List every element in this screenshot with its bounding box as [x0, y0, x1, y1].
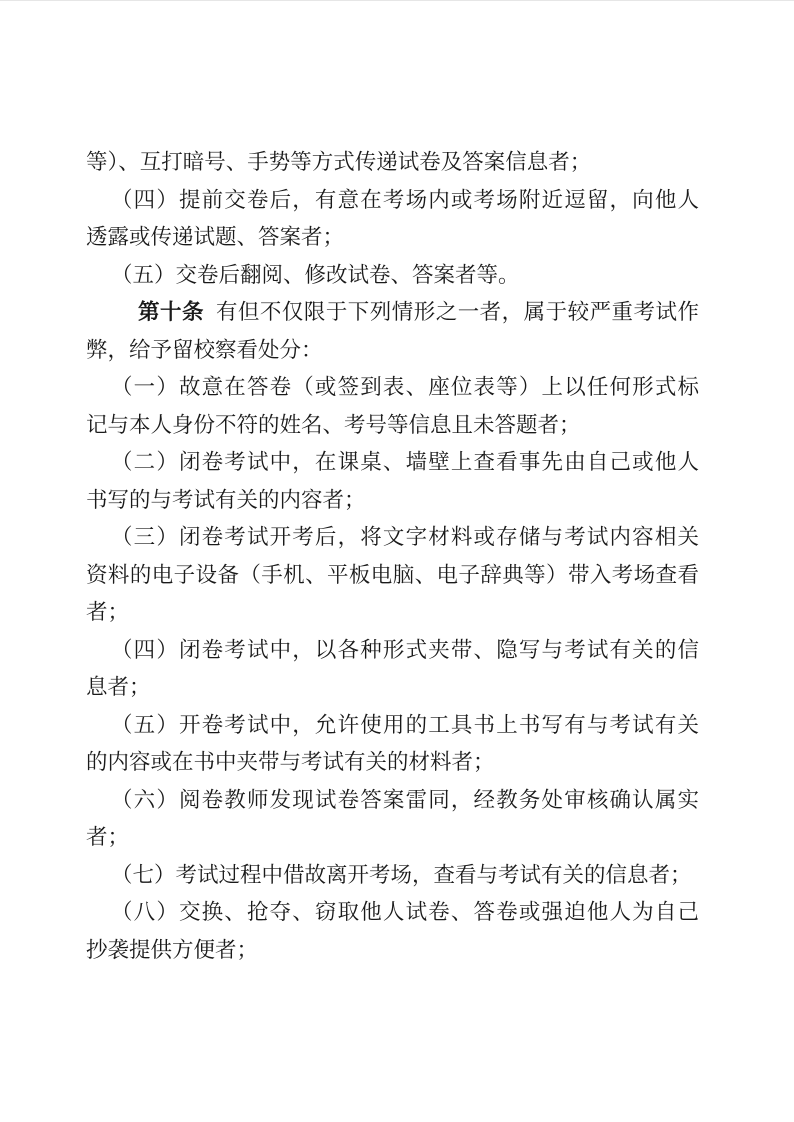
document-text-block: 等）、互打暗号、手势等方式传递试卷及答案信息者； （四）提前交卷后，有意在考场内…	[86, 144, 699, 969]
text-line: 的内容或在书中夹带与考试有关的材料者；	[86, 744, 699, 782]
text-line: （二）闭卷考试中，在课桌、墙壁上查看事先由自己或他人	[86, 444, 699, 482]
text-line: （三）闭卷考试开考后，将文字材料或存储与考试内容相关	[86, 519, 699, 557]
text-line: 第十条有但不仅限于下列情形之一者，属于较严重考试作	[86, 294, 699, 332]
paragraph: （三）闭卷考试开考后，将文字材料或存储与考试内容相关 资料的电子设备（手机、平板…	[86, 519, 699, 632]
document-page: { "page": { "background_color": "#ffffff…	[0, 0, 794, 1122]
text-line: （四）提前交卷后，有意在考场内或考场附近逗留，向他人	[86, 182, 699, 220]
text-line: （八）交换、抢夺、窃取他人试卷、答卷或强迫他人为自己	[86, 894, 699, 932]
text-line: （七）考试过程中借故离开考场，查看与考试有关的信息者；	[86, 857, 699, 895]
text-line: 息者；	[86, 669, 699, 707]
paragraph-article: 第十条有但不仅限于下列情形之一者，属于较严重考试作 弊，给予留校察看处分：	[86, 294, 699, 369]
article-text: 有但不仅限于下列情形之一者，属于较严重考试作	[216, 300, 699, 325]
text-line: 等）、互打暗号、手势等方式传递试卷及答案信息者；	[86, 144, 699, 182]
text-line: （四）闭卷考试中，以各种形式夹带、隐写与考试有关的信	[86, 632, 699, 670]
text-line: 记与本人身份不符的姓名、考号等信息且未答题者；	[86, 407, 699, 445]
paragraph: （七）考试过程中借故离开考场，查看与考试有关的信息者；	[86, 857, 699, 895]
text-line: 者；	[86, 594, 699, 632]
paragraph: （八）交换、抢夺、窃取他人试卷、答卷或强迫他人为自己 抄袭提供方便者；	[86, 894, 699, 969]
text-line: （一）故意在答卷（或签到表、座位表等）上以任何形式标	[86, 369, 699, 407]
text-line: （五）开卷考试中，允许使用的工具书上书写有与考试有关	[86, 707, 699, 745]
paragraph: 等）、互打暗号、手势等方式传递试卷及答案信息者；	[86, 144, 699, 182]
paragraph: （五）交卷后翻阅、修改试卷、答案者等。	[86, 257, 699, 295]
paragraph: （四）闭卷考试中，以各种形式夹带、隐写与考试有关的信 息者；	[86, 632, 699, 707]
article-number: 第十条	[138, 300, 204, 325]
text-line: （五）交卷后翻阅、修改试卷、答案者等。	[86, 257, 699, 295]
text-line: 透露或传递试题、答案者；	[86, 219, 699, 257]
paragraph: （四）提前交卷后，有意在考场内或考场附近逗留，向他人 透露或传递试题、答案者；	[86, 182, 699, 257]
text-line: 者；	[86, 819, 699, 857]
text-line: 资料的电子设备（手机、平板电脑、电子辞典等）带入考场查看	[86, 557, 699, 595]
text-line: （六）阅卷教师发现试卷答案雷同，经教务处审核确认属实	[86, 782, 699, 820]
page-top-edge	[0, 0, 794, 1]
paragraph: （五）开卷考试中，允许使用的工具书上书写有与考试有关 的内容或在书中夹带与考试有…	[86, 707, 699, 782]
text-line: 弊，给予留校察看处分：	[86, 332, 699, 370]
text-line: 书写的与考试有关的内容者；	[86, 482, 699, 520]
text-line: 抄袭提供方便者；	[86, 932, 699, 970]
paragraph: （六）阅卷教师发现试卷答案雷同，经教务处审核确认属实 者；	[86, 782, 699, 857]
paragraph: （一）故意在答卷（或签到表、座位表等）上以任何形式标 记与本人身份不符的姓名、考…	[86, 369, 699, 444]
paragraph: （二）闭卷考试中，在课桌、墙壁上查看事先由自己或他人 书写的与考试有关的内容者；	[86, 444, 699, 519]
